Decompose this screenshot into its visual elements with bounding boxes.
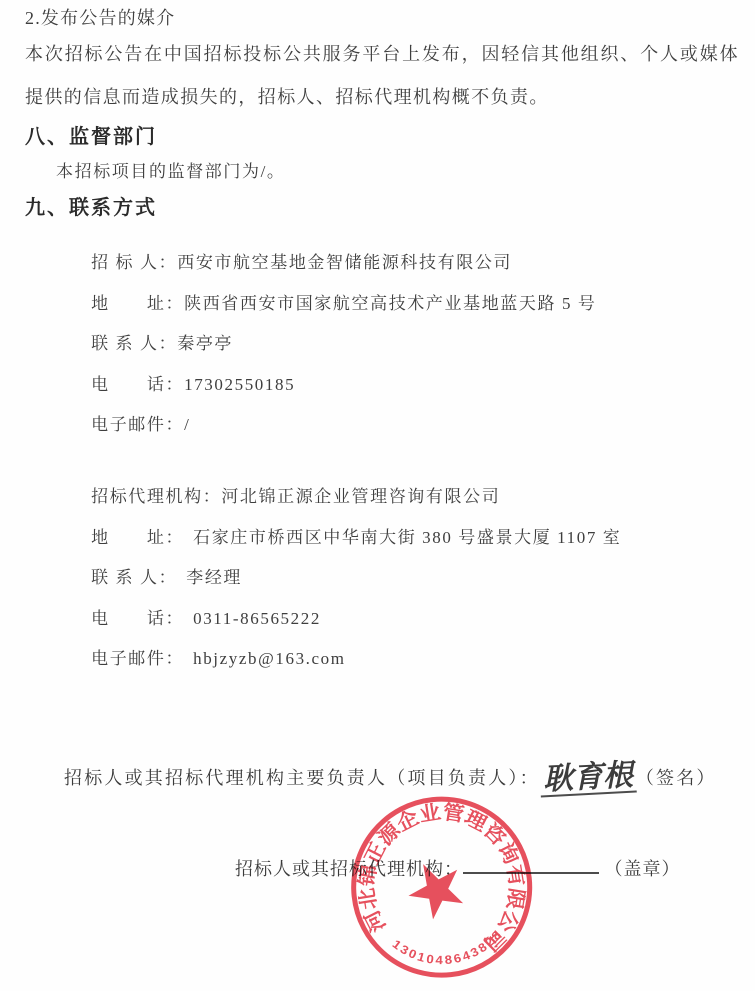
agency-address-row: 地 址：石家庄市桥西区中华南大街 380 号盛景大厦 1107 室 [56,503,621,544]
agency-name-label: 招标代理机构： [91,487,221,506]
document-page: 2.发布公告的媒介 本次招标公告在中国招标投标公共服务平台上发布，因轻信其他组织… [0,0,755,991]
agency-seal-line: 招标人或其招标代理机构： （盖章） [235,855,681,881]
stamp-outer-ring [345,790,538,983]
tenderer-address-value: 陕西省西安市国家航空高技术产业基地蓝天路 5 号 [184,294,596,313]
seal-line-suffix: （盖章） [605,859,681,879]
tenderer-phone-value: 17302550185 [184,375,295,394]
tenderer-address-row: 地 址：陕西省西安市国家航空高技术产业基地蓝天路 5 号 [56,269,597,310]
agency-name-row: 招标代理机构：河北锦正源企业管理咨询有限公司 [56,462,621,503]
responsible-person-signature-line: 招标人或其招标代理机构主要负责人（项目负责人）：耿育根（签名） [64,763,717,795]
section-8-body: 本招标项目的监督部门为/。 [56,157,286,182]
agency-address-value: 石家庄市桥西区中华南大街 380 号盛景大厦 1107 室 [193,528,621,547]
signature-line-label: 招标人或其招标代理机构主要负责人（项目负责人）： [64,768,540,788]
seal-line-label: 招标人或其招标代理机构： [235,859,463,879]
tenderer-name-row: 招 标 人：西安市航空基地金智储能源科技有限公司 [56,228,597,269]
agency-phone-label: 电 话： [91,609,184,628]
agency-phone-row: 电 话：0311-86565222 [56,584,621,625]
section-9-title: 九、联系方式 [25,191,157,220]
agency-contact-block: 招标代理机构：河北锦正源企业管理咨询有限公司 地 址：石家庄市桥西区中华南大街 … [56,462,621,665]
tenderer-contact-block: 招 标 人：西安市航空基地金智储能源科技有限公司 地 址：陕西省西安市国家航空高… [56,228,597,431]
tenderer-name-label: 招 标 人： [91,253,177,272]
agency-contact-person-value: 李经理 [186,568,242,587]
seal-blank-underline [463,872,599,874]
agency-name-value: 河北锦正源企业管理咨询有限公司 [221,487,500,506]
tenderer-name-value: 西安市航空基地金智储能源科技有限公司 [177,253,512,272]
tenderer-email-value: / [184,415,190,434]
agency-address-label: 地 址： [91,528,184,547]
section-8-title: 八、监督部门 [25,120,157,149]
handwritten-signature: 耿育根 [539,761,637,798]
tenderer-phone-row: 电 话：17302550185 [56,350,597,391]
agency-email-value: hbjzyzb@163.com [193,649,346,668]
tenderer-contact-person-value: 秦亭亭 [177,334,233,353]
agency-contact-person-label: 联 系 人： [91,568,177,587]
tenderer-email-label: 电子邮件： [91,415,184,434]
company-round-seal-stamp: 河北锦正源企业管理咨询有限公司 1301048643828 [337,784,548,991]
media-subheading: 2.发布公告的媒介 [25,4,175,30]
tenderer-contact-person-label: 联 系 人： [91,334,177,353]
stamp-registration-code: 1301048643828 [389,926,508,973]
tenderer-contact-person-row: 联 系 人：秦亭亭 [56,309,597,350]
media-paragraph: 本次招标公告在中国招标投标公共服务平台上发布，因轻信其他组织、个人或媒体提供的信… [25,33,739,119]
agency-email-label: 电子邮件： [91,649,184,668]
agency-contact-person-row: 联 系 人：李经理 [56,543,621,584]
agency-email-row: 电子邮件：hbjzyzb@163.com [56,624,621,665]
svg-text:1301048643828: 1301048643828 [389,926,508,973]
agency-phone-value: 0311-86565222 [193,609,321,628]
signature-line-suffix: （签名） [636,768,717,788]
tenderer-email-row: 电子邮件：/ [56,390,597,431]
tenderer-phone-label: 电 话： [91,375,184,394]
tenderer-address-label: 地 址： [91,294,184,313]
